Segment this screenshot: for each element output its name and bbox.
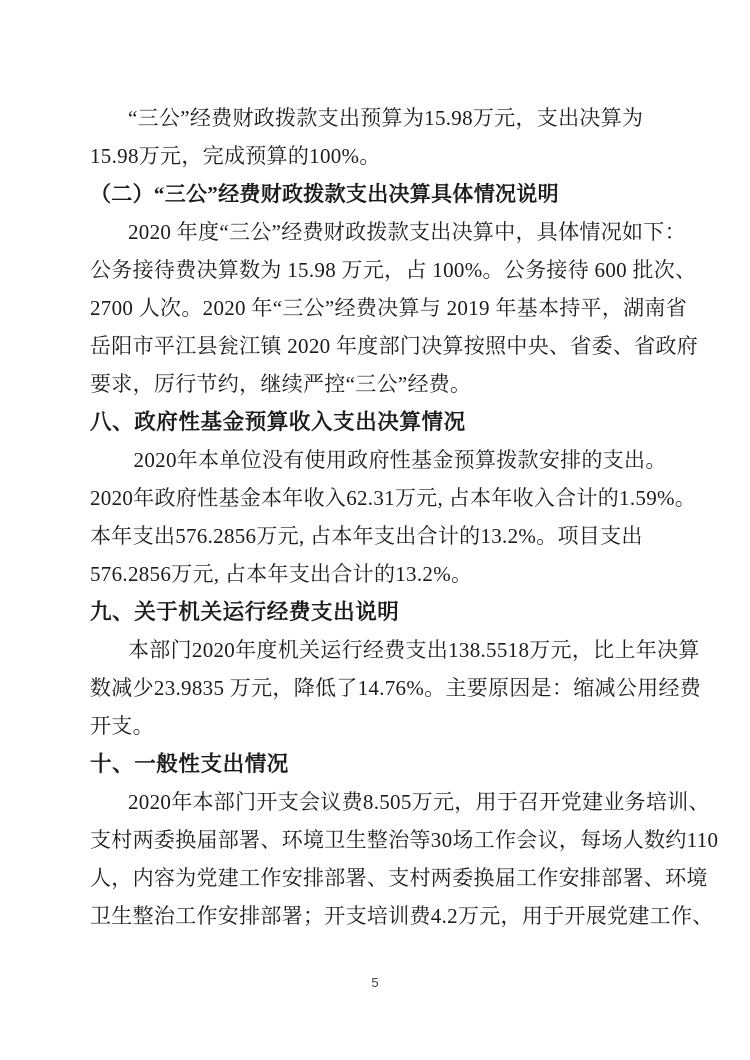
para-operating-cost: 本部门2020年度机关运行经费支出138.5518万元，比上年决算数减少23.9… — [90, 631, 668, 745]
para-gov-fund: 2020年本单位没有使用政府性基金预算拨款安排的支出。2020年政府性基金本年收… — [90, 441, 668, 593]
text-line: 公务接待费决算数为 15.98 万元，占 100%。公务接待 600 批次、 — [90, 251, 668, 289]
text-line: 2020年政府性基金本年收入62.31万元, 占本年收入合计的1.59%。 — [90, 479, 668, 517]
text-line: 本部门2020年度机关运行经费支出138.5518万元，比上年决算 — [90, 631, 668, 669]
text-line: 15.98万元，完成预算的100%。 — [90, 137, 668, 175]
text-line: 支村两委换届部署、环境卫生整治等30场工作会议，每场人数约110 — [90, 821, 668, 859]
text-line: 2020年本单位没有使用政府性基金预算拨款安排的支出。 — [90, 441, 668, 479]
document-page: “三公”经费财政拨款支出预算为15.98万元，支出决算为15.98万元，完成预算… — [0, 0, 750, 1060]
heading-section-9: 九、关于机关运行经费支出说明 — [90, 593, 668, 631]
text-line: 岳阳市平江县瓮江镇 2020 年度部门决算按照中央、省委、省政府 — [90, 327, 668, 365]
text-line: 卫生整治工作安排部署；开支培训费4.2万元，用于开展党建工作、 — [90, 897, 668, 935]
page-number: 5 — [0, 975, 750, 990]
text-line: 要求，厉行节约，继续严控“三公”经费。 — [90, 365, 668, 403]
para-sangong-detail: 2020 年度“三公”经费财政拨款支出决算中，具体情况如下：公务接待费决算数为 … — [90, 213, 668, 403]
document-body: “三公”经费财政拨款支出预算为15.98万元，支出决算为15.98万元，完成预算… — [90, 99, 668, 935]
text-line: 576.2856万元, 占本年支出合计的13.2%。 — [90, 555, 668, 593]
text-line: 人，内容为党建工作安排部署、支村两委换届工作安排部署、环境 — [90, 859, 668, 897]
text-line: 2700 人次。2020 年“三公”经费决算与 2019 年基本持平，湖南省 — [90, 289, 668, 327]
text-line: 本年支出576.2856万元, 占本年支出合计的13.2%。项目支出 — [90, 517, 668, 555]
text-line: “三公”经费财政拨款支出预算为15.98万元，支出决算为 — [90, 99, 668, 137]
heading-section-8: 八、政府性基金预算收入支出决算情况 — [90, 403, 668, 441]
text-line: 2020 年度“三公”经费财政拨款支出决算中，具体情况如下： — [90, 213, 668, 251]
heading-section-10: 十、一般性支出情况 — [90, 745, 668, 783]
para-general-expense: 2020年本部门开支会议费8.505万元，用于召开党建业务培训、支村两委换届部署… — [90, 783, 668, 935]
heading-sangong-detail: （二）“三公”经费财政拨款支出决算具体情况说明 — [90, 175, 668, 213]
text-line: 数减少23.9835 万元，降低了14.76%。主要原因是：缩减公用经费 — [90, 669, 668, 707]
text-line: 2020年本部门开支会议费8.505万元，用于召开党建业务培训、 — [90, 783, 668, 821]
para-sangong-budget-summary: “三公”经费财政拨款支出预算为15.98万元，支出决算为15.98万元，完成预算… — [90, 99, 668, 175]
text-line: 开支。 — [90, 707, 668, 745]
